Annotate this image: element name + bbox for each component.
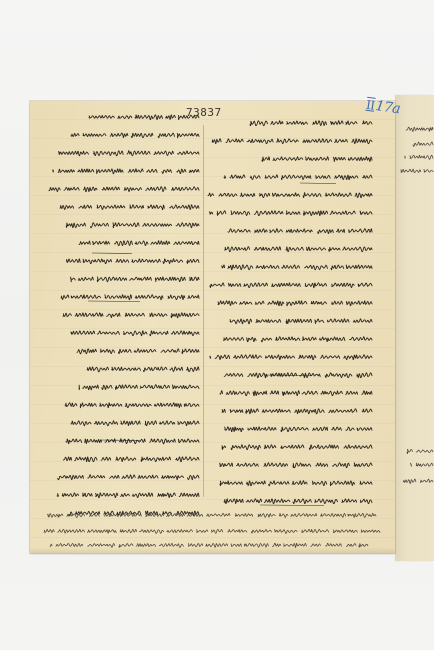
handwriting-line bbox=[58, 475, 199, 480]
handwriting-line bbox=[53, 169, 199, 174]
handwriting-line bbox=[50, 543, 368, 547]
handwriting-line bbox=[405, 155, 433, 159]
handwriting-line bbox=[71, 133, 199, 138]
handwriting-line bbox=[225, 247, 372, 252]
footer-handwriting bbox=[44, 513, 380, 547]
handwriting-layer bbox=[0, 0, 434, 650]
handwriting-line bbox=[224, 499, 372, 504]
handwriting-line bbox=[66, 439, 199, 444]
right-column-handwriting bbox=[208, 121, 372, 506]
handwriting-line bbox=[218, 301, 372, 306]
handwriting-line bbox=[89, 115, 199, 120]
handwriting-line bbox=[48, 513, 376, 517]
handwriting-line bbox=[87, 367, 199, 372]
handwriting-line bbox=[210, 283, 372, 288]
handwriting-line bbox=[44, 529, 380, 533]
handwriting-line bbox=[71, 331, 199, 336]
handwriting-line bbox=[224, 175, 372, 180]
handwriting-line bbox=[212, 139, 372, 144]
handwriting-line bbox=[208, 193, 372, 198]
handwriting-line bbox=[228, 229, 372, 234]
handwriting-line bbox=[77, 349, 199, 354]
handwriting-line bbox=[222, 409, 372, 414]
handwriting-line bbox=[71, 277, 199, 282]
handwriting-line bbox=[100, 440, 140, 441]
handwriting-line bbox=[79, 241, 199, 246]
handwriting-line bbox=[210, 355, 372, 360]
handwriting-line bbox=[220, 391, 372, 396]
left-column-handwriting bbox=[49, 115, 199, 516]
handwriting-line bbox=[407, 449, 433, 453]
handwriting-line bbox=[79, 385, 199, 390]
handwriting-line bbox=[222, 265, 372, 270]
handwriting-line bbox=[63, 313, 199, 318]
handwriting-line bbox=[222, 445, 372, 450]
handwriting-line bbox=[92, 253, 132, 254]
adjacent-page-handwriting bbox=[401, 127, 433, 483]
handwriting-line bbox=[224, 337, 373, 342]
handwriting-line bbox=[413, 142, 433, 146]
handwriting-line bbox=[210, 211, 372, 216]
handwriting-line bbox=[88, 301, 140, 302]
handwriting-line bbox=[60, 205, 199, 210]
handwriting-line bbox=[300, 183, 336, 184]
handwriting-line bbox=[230, 319, 372, 324]
handwriting-line bbox=[225, 427, 372, 432]
handwriting-line bbox=[63, 457, 199, 462]
handwriting-line bbox=[262, 157, 372, 162]
handwriting-line bbox=[49, 187, 199, 192]
handwriting-line bbox=[59, 151, 199, 156]
handwriting-line bbox=[403, 479, 433, 483]
handwriting-line bbox=[220, 481, 372, 486]
handwriting-line bbox=[66, 223, 199, 228]
handwriting-line bbox=[406, 127, 433, 131]
handwriting-line bbox=[250, 121, 372, 126]
handwriting-line bbox=[411, 463, 433, 466]
handwriting-line bbox=[401, 169, 433, 172]
handwriting-line bbox=[71, 421, 199, 426]
handwriting-line bbox=[260, 505, 324, 506]
handwriting-line bbox=[65, 403, 199, 408]
handwriting-line bbox=[61, 295, 199, 300]
handwriting-line bbox=[57, 493, 199, 498]
handwriting-line bbox=[66, 259, 199, 264]
handwriting-line bbox=[220, 463, 372, 468]
